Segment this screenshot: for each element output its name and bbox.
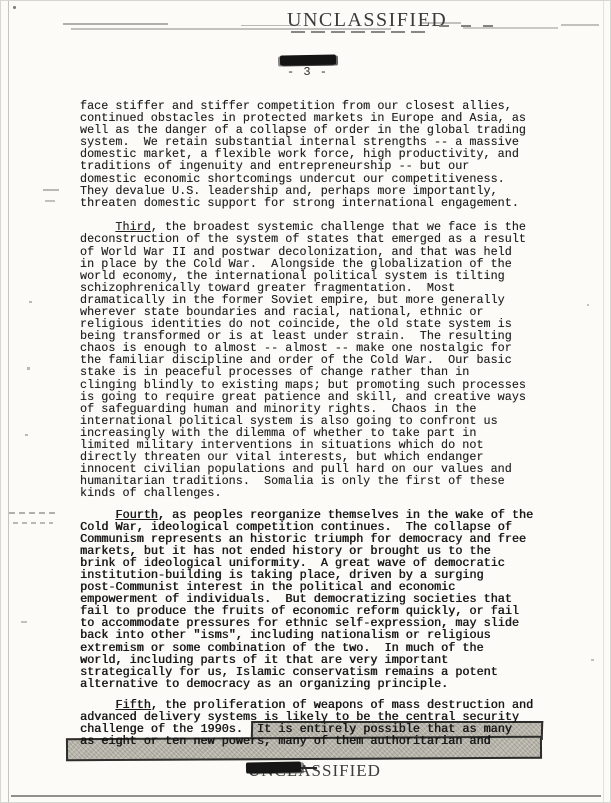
highlighted-text: as eight or ten new powers, many of them… [80,734,491,748]
scan-artifact [29,301,32,303]
text-line: alternative to democracy as an organizin… [80,678,550,690]
paragraph: Fourth, as peoples reorganize themselves… [80,509,550,690]
page-edge-bottom [11,795,601,797]
scan-artifact [587,304,589,306]
text-line: threaten domestic support for strong int… [80,197,550,209]
scan-artifact [13,6,16,9]
paragraph: face stiffer and stiffer competition fro… [80,100,550,209]
scan-artifact [71,28,391,30]
header-underline [291,31,431,33]
scan-artifact [27,367,30,370]
page-edge-right [603,1,604,803]
text-line: as eight or ten new powers, many of them… [80,735,550,747]
page-number: - 3 - [287,65,328,79]
redaction-scribble [246,761,301,773]
paragraph: Fifth, the proliferation of weapons of m… [80,699,550,747]
scan-artifact [561,24,599,26]
redaction-scribble [301,767,317,769]
page-edge-left [8,1,9,803]
scan-artifact [591,659,594,661]
scan-artifact [45,200,55,202]
document-page: UNCLASSIFIED - 3 - face stiffer and stif… [0,0,611,803]
scan-artifact [9,512,57,514]
scan-artifact [463,27,558,29]
redaction-scribble [280,55,336,66]
scan-artifact [421,22,461,24]
scan-artifact [43,189,59,191]
scan-artifact [25,434,28,436]
text-line: kinds of challenges. [80,487,550,499]
scan-artifact [241,25,301,26]
paragraph: Third, the broadest systemic challenge t… [80,221,550,499]
scan-artifact [63,23,168,25]
scan-artifact [21,621,27,623]
document-body: face stiffer and stiffer competition fro… [80,100,550,747]
scan-artifact [13,522,53,524]
